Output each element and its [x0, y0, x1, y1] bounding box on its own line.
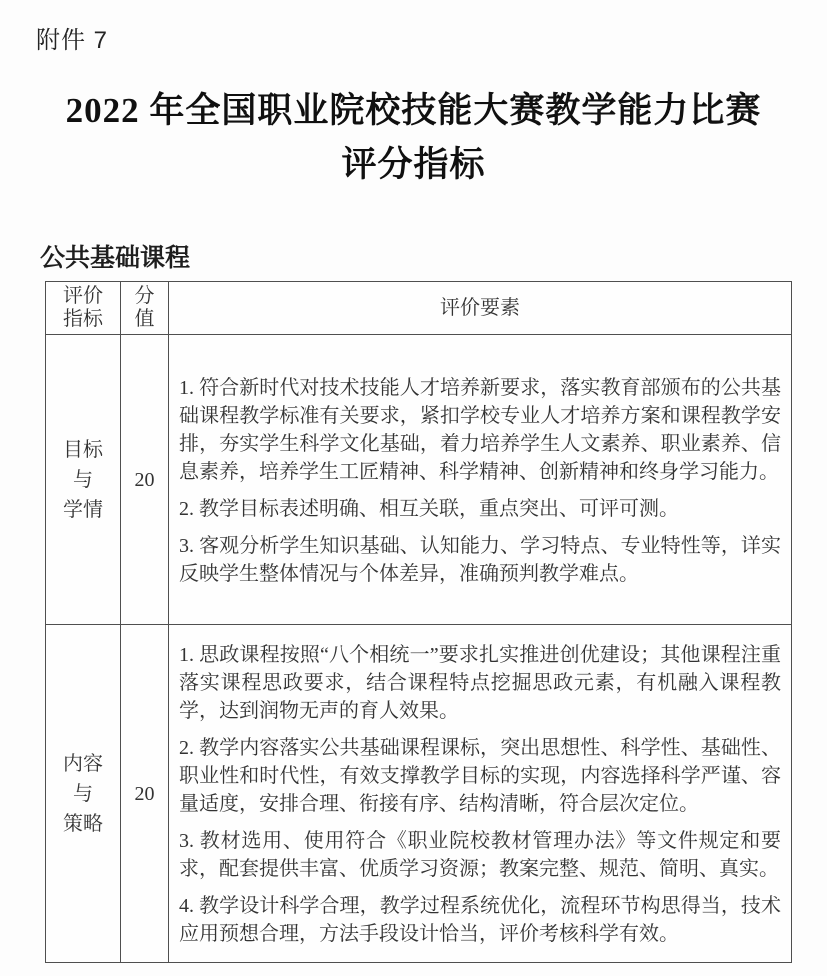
document-page: 附件 7 2022 年全国职业院校技能大赛教学能力比赛 评分指标 公共基础课程 … — [0, 0, 827, 976]
header-score-value: 分 值 — [121, 282, 169, 335]
element-item: 2. 教学目标表述明确、相互关联，重点突出、可评可测。 — [179, 495, 781, 523]
element-item: 1. 符合新时代对技术技能人才培养新要求，落实教育部颁布的公共基础课程教学标准有… — [179, 374, 781, 486]
scoring-rubric-table: 评价 指标 分 值 评价要素 目标 与 学情 20 1. 符合新时代对技术技能人… — [45, 281, 792, 963]
elements-goals-and-learners: 1. 符合新时代对技术技能人才培养新要求，落实教育部颁布的公共基础课程教学标准有… — [169, 335, 792, 625]
table-row: 目标 与 学情 20 1. 符合新时代对技术技能人才培养新要求，落实教育部颁布的… — [46, 335, 792, 625]
attachment-label: 附件 7 — [36, 20, 108, 55]
score-content-and-strategy: 20 — [121, 625, 169, 963]
table-row: 内容 与 策略 20 1. 思政课程按照“八个相统一”要求扎实推进创优建设；其他… — [46, 625, 792, 963]
elements-content-and-strategy: 1. 思政课程按照“八个相统一”要求扎实推进创优建设；其他课程注重落实课程思政要… — [169, 625, 792, 963]
element-item: 1. 思政课程按照“八个相统一”要求扎实推进创优建设；其他课程注重落实课程思政要… — [179, 641, 781, 725]
header-evaluation-elements: 评价要素 — [169, 282, 792, 335]
element-item: 3. 客观分析学生知识基础、认知能力、学习特点、专业特性等，详实反映学生整体情况… — [179, 532, 781, 588]
element-item: 3. 教材选用、使用符合《职业院校教材管理办法》等文件规定和要求，配套提供丰富、… — [179, 827, 781, 883]
section-heading: 公共基础课程 — [40, 238, 190, 274]
element-item: 4. 教学设计科学合理，教学过程系统优化，流程环节构思得当，技术应用预想合理，方… — [179, 892, 781, 948]
document-title-line1: 2022 年全国职业院校技能大赛教学能力比赛 — [0, 84, 827, 138]
indicator-content-and-strategy: 内容 与 策略 — [46, 625, 121, 963]
document-title-line2: 评分指标 — [0, 138, 827, 192]
element-item: 2. 教学内容落实公共基础课程课标，突出思想性、科学性、基础性、职业性和时代性，… — [179, 734, 781, 818]
document-title: 2022 年全国职业院校技能大赛教学能力比赛 评分指标 — [0, 84, 827, 192]
indicator-goals-and-learners: 目标 与 学情 — [46, 335, 121, 625]
table-header-row: 评价 指标 分 值 评价要素 — [46, 282, 792, 335]
score-goals-and-learners: 20 — [121, 335, 169, 625]
header-evaluation-indicator: 评价 指标 — [46, 282, 121, 335]
